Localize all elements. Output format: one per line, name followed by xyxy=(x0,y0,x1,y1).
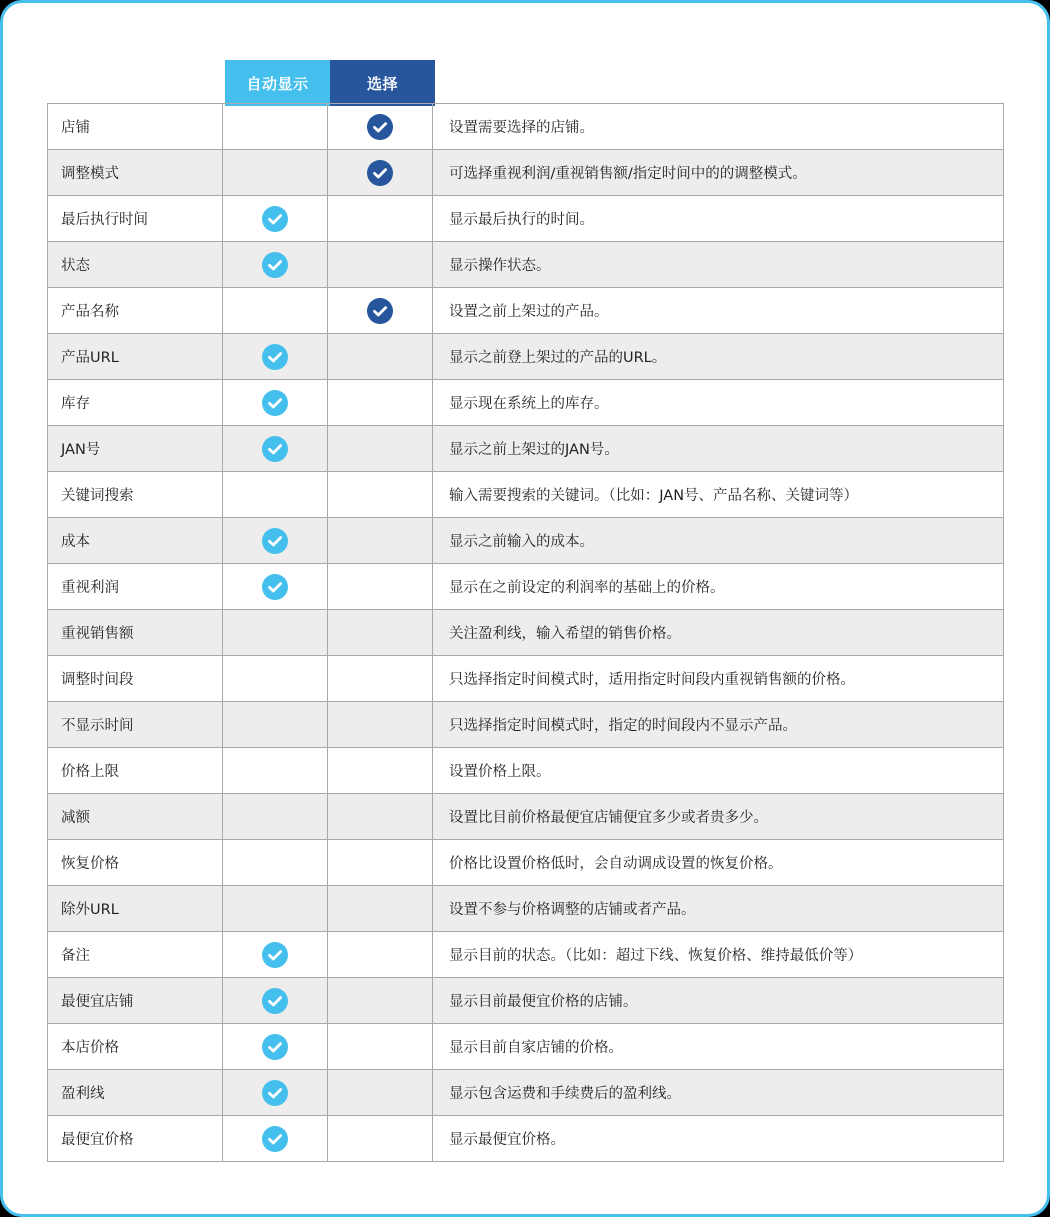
auto-display-cell xyxy=(223,196,328,242)
field-description: 显示目前自家店铺的价格。 xyxy=(433,1024,1004,1070)
field-name: 减额 xyxy=(48,794,223,840)
auto-display-cell xyxy=(223,1116,328,1162)
auto-display-cell xyxy=(223,104,328,150)
table-row: 最后执行时间显示最后执行的时间。 xyxy=(48,196,1004,242)
auto-display-cell xyxy=(223,840,328,886)
select-cell xyxy=(328,564,433,610)
field-name: 本店价格 xyxy=(48,1024,223,1070)
auto-display-cell xyxy=(223,978,328,1024)
field-name: JAN号 xyxy=(48,426,223,472)
select-cell xyxy=(328,150,433,196)
auto-display-cell xyxy=(223,1070,328,1116)
select-cell xyxy=(328,196,433,242)
table-row: 备注显示目前的状态。（比如：超过下线、恢复价格、维持最低价等） xyxy=(48,932,1004,978)
table-row: 盈利线显示包含运费和手续费后的盈利线。 xyxy=(48,1070,1004,1116)
auto-display-cell xyxy=(223,242,328,288)
auto-display-cell xyxy=(223,518,328,564)
field-name: 产品名称 xyxy=(48,288,223,334)
select-cell xyxy=(328,886,433,932)
table-row: 除外URL设置不参与价格调整的店铺或者产品。 xyxy=(48,886,1004,932)
select-cell xyxy=(328,472,433,518)
field-name: 价格上限 xyxy=(48,748,223,794)
table-row: 调整模式可选择重视利润/重视销售额/指定时间中的的调整模式。 xyxy=(48,150,1004,196)
table-row: 最便宜价格显示最便宜价格。 xyxy=(48,1116,1004,1162)
select-cell xyxy=(328,288,433,334)
auto-display-cell xyxy=(223,748,328,794)
table-row: 不显示时间只选择指定时间模式时，指定的时间段内不显示产品。 xyxy=(48,702,1004,748)
auto-display-cell xyxy=(223,288,328,334)
field-name: 产品URL xyxy=(48,334,223,380)
field-name: 最便宜店铺 xyxy=(48,978,223,1024)
field-description: 关注盈利线，输入希望的销售价格。 xyxy=(433,610,1004,656)
field-name: 最便宜价格 xyxy=(48,1116,223,1162)
select-cell xyxy=(328,748,433,794)
table-row: 恢复价格价格比设置价格低时，会自动调成设置的恢复价格。 xyxy=(48,840,1004,886)
check-circle-icon xyxy=(262,942,288,968)
check-circle-icon xyxy=(367,160,393,186)
select-cell xyxy=(328,1116,433,1162)
check-circle-icon xyxy=(262,574,288,600)
column-header-row: 自动显示 选择 xyxy=(225,60,435,106)
table-row: 店铺设置需要选择的店铺。 xyxy=(48,104,1004,150)
table-row: 状态显示操作状态。 xyxy=(48,242,1004,288)
field-description: 显示现在系统上的库存。 xyxy=(433,380,1004,426)
field-description: 价格比设置价格低时，会自动调成设置的恢复价格。 xyxy=(433,840,1004,886)
auto-display-cell xyxy=(223,380,328,426)
select-cell xyxy=(328,932,433,978)
auto-display-cell xyxy=(223,886,328,932)
field-name: 最后执行时间 xyxy=(48,196,223,242)
field-description: 只选择指定时间模式时，适用指定时间段内重视销售额的价格。 xyxy=(433,656,1004,702)
field-description: 设置价格上限。 xyxy=(433,748,1004,794)
field-description: 设置比目前价格最便宜店铺便宜多少或者贵多少。 xyxy=(433,794,1004,840)
field-name: 恢复价格 xyxy=(48,840,223,886)
field-name: 库存 xyxy=(48,380,223,426)
auto-display-cell xyxy=(223,564,328,610)
check-circle-icon xyxy=(262,1126,288,1152)
select-cell xyxy=(328,610,433,656)
auto-display-cell xyxy=(223,150,328,196)
check-circle-icon xyxy=(262,436,288,462)
table-row: 成本显示之前输入的成本。 xyxy=(48,518,1004,564)
check-circle-icon xyxy=(262,206,288,232)
field-description: 设置之前上架过的产品。 xyxy=(433,288,1004,334)
field-name: 不显示时间 xyxy=(48,702,223,748)
column-header-select: 选择 xyxy=(330,60,435,106)
field-name: 重视销售额 xyxy=(48,610,223,656)
field-description: 显示目前的状态。（比如：超过下线、恢复价格、维持最低价等） xyxy=(433,932,1004,978)
table-row: 价格上限设置价格上限。 xyxy=(48,748,1004,794)
field-description: 只选择指定时间模式时，指定的时间段内不显示产品。 xyxy=(433,702,1004,748)
field-description: 输入需要搜索的关键词。（比如：JAN号、产品名称、关键词等） xyxy=(433,472,1004,518)
select-cell xyxy=(328,380,433,426)
field-description: 显示最后执行的时间。 xyxy=(433,196,1004,242)
field-name: 调整时间段 xyxy=(48,656,223,702)
select-cell xyxy=(328,794,433,840)
table-row: 重视利润显示在之前设定的利润率的基础上的价格。 xyxy=(48,564,1004,610)
check-circle-icon xyxy=(262,528,288,554)
auto-display-cell xyxy=(223,472,328,518)
select-cell xyxy=(328,1024,433,1070)
check-circle-icon xyxy=(262,1034,288,1060)
field-name: 关键词搜索 xyxy=(48,472,223,518)
field-description: 显示在之前设定的利润率的基础上的价格。 xyxy=(433,564,1004,610)
select-cell xyxy=(328,840,433,886)
table-row: 本店价格显示目前自家店铺的价格。 xyxy=(48,1024,1004,1070)
auto-display-cell xyxy=(223,610,328,656)
table-row: 产品名称设置之前上架过的产品。 xyxy=(48,288,1004,334)
check-circle-icon xyxy=(367,114,393,140)
select-cell xyxy=(328,1070,433,1116)
field-name: 盈利线 xyxy=(48,1070,223,1116)
field-description: 显示包含运费和手续费后的盈利线。 xyxy=(433,1070,1004,1116)
select-cell xyxy=(328,702,433,748)
field-description: 显示之前输入的成本。 xyxy=(433,518,1004,564)
field-description: 显示操作状态。 xyxy=(433,242,1004,288)
field-description: 设置不参与价格调整的店铺或者产品。 xyxy=(433,886,1004,932)
auto-display-cell xyxy=(223,932,328,978)
field-name: 重视利润 xyxy=(48,564,223,610)
table-row: 重视销售额关注盈利线，输入希望的销售价格。 xyxy=(48,610,1004,656)
table-row: JAN号显示之前上架过的JAN号。 xyxy=(48,426,1004,472)
field-name: 店铺 xyxy=(48,104,223,150)
check-circle-icon xyxy=(262,344,288,370)
auto-display-cell xyxy=(223,334,328,380)
table-row: 调整时间段只选择指定时间模式时，适用指定时间段内重视销售额的价格。 xyxy=(48,656,1004,702)
auto-display-cell xyxy=(223,702,328,748)
auto-display-cell xyxy=(223,794,328,840)
check-circle-icon xyxy=(262,988,288,1014)
auto-display-cell xyxy=(223,426,328,472)
field-description: 显示之前登上架过的产品的URL。 xyxy=(433,334,1004,380)
check-circle-icon xyxy=(367,298,393,324)
column-header-auto-display: 自动显示 xyxy=(225,60,330,106)
select-cell xyxy=(328,978,433,1024)
table-row: 最便宜店铺显示目前最便宜价格的店铺。 xyxy=(48,978,1004,1024)
table-row: 关键词搜索输入需要搜索的关键词。（比如：JAN号、产品名称、关键词等） xyxy=(48,472,1004,518)
check-circle-icon xyxy=(262,390,288,416)
select-cell xyxy=(328,104,433,150)
field-name: 调整模式 xyxy=(48,150,223,196)
auto-display-cell xyxy=(223,1024,328,1070)
field-description: 可选择重视利润/重视销售额/指定时间中的的调整模式。 xyxy=(433,150,1004,196)
feature-table: 店铺设置需要选择的店铺。调整模式可选择重视利润/重视销售额/指定时间中的的调整模… xyxy=(47,103,1004,1162)
check-circle-icon xyxy=(262,1080,288,1106)
field-name: 成本 xyxy=(48,518,223,564)
field-description: 显示最便宜价格。 xyxy=(433,1116,1004,1162)
field-description: 显示之前上架过的JAN号。 xyxy=(433,426,1004,472)
field-name: 备注 xyxy=(48,932,223,978)
select-cell xyxy=(328,656,433,702)
select-cell xyxy=(328,334,433,380)
field-description: 设置需要选择的店铺。 xyxy=(433,104,1004,150)
table-row: 库存显示现在系统上的库存。 xyxy=(48,380,1004,426)
select-cell xyxy=(328,242,433,288)
field-name: 状态 xyxy=(48,242,223,288)
table-row: 减额设置比目前价格最便宜店铺便宜多少或者贵多少。 xyxy=(48,794,1004,840)
select-cell xyxy=(328,426,433,472)
auto-display-cell xyxy=(223,656,328,702)
table-row: 产品URL显示之前登上架过的产品的URL。 xyxy=(48,334,1004,380)
field-description: 显示目前最便宜价格的店铺。 xyxy=(433,978,1004,1024)
check-circle-icon xyxy=(262,252,288,278)
select-cell xyxy=(328,518,433,564)
field-name: 除外URL xyxy=(48,886,223,932)
